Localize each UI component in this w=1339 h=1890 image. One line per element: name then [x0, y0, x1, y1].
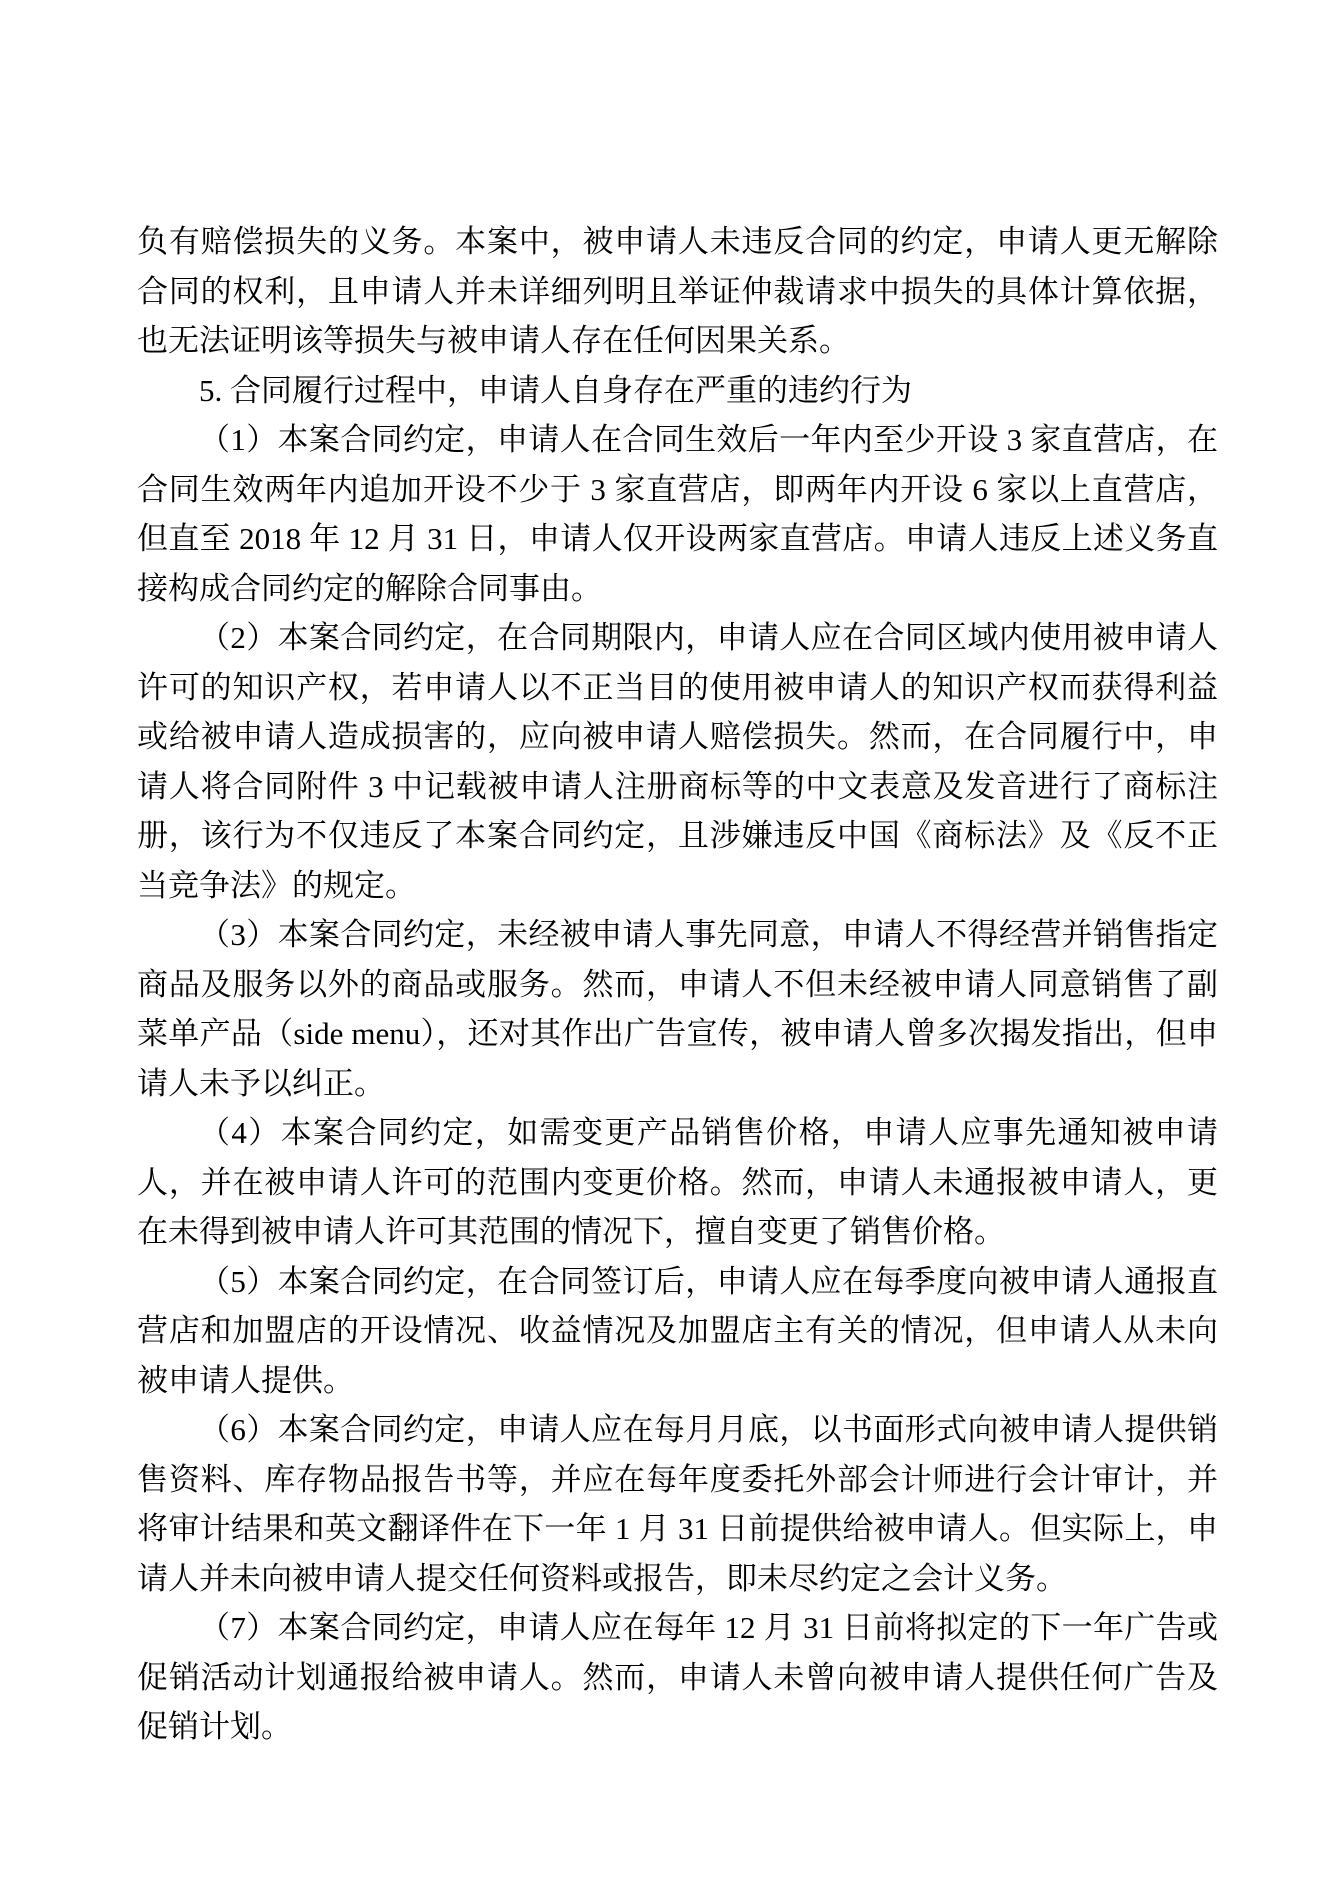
- paragraph-item-5: （5）本案合同约定，在合同签订后，申请人应在每季度向被申请人通报直营店和加盟店的…: [137, 1257, 1218, 1406]
- document-page: 负有赔偿损失的义务。本案中，被申请人未违反合同的约定，申请人更无解除合同的权利，…: [0, 0, 1339, 1890]
- paragraph-item-2: （2）本案合同约定，在合同期限内，申请人应在合同区域内使用被申请人许可的知识产权…: [137, 613, 1218, 910]
- document-body: 负有赔偿损失的义务。本案中，被申请人未违反合同的约定，申请人更无解除合同的权利，…: [137, 217, 1218, 1752]
- section-heading-5: 5. 合同履行过程中，申请人自身存在严重的违约行为: [137, 366, 1218, 416]
- paragraph-item-4: （4）本案合同约定，如需变更产品销售价格，申请人应事先通知被申请人，并在被申请人…: [137, 1108, 1218, 1257]
- paragraph-item-7: （7）本案合同约定，申请人应在每年 12 月 31 日前将拟定的下一年广告或促销…: [137, 1603, 1218, 1752]
- paragraph-item-3: （3）本案合同约定，未经被申请人事先同意，申请人不得经营并销售指定商品及服务以外…: [137, 910, 1218, 1108]
- paragraph-item-1: （1）本案合同约定，申请人在合同生效后一年内至少开设 3 家直营店，在合同生效两…: [137, 415, 1218, 613]
- paragraph-item-6: （6）本案合同约定，申请人应在每月月底，以书面形式向被申请人提供销售资料、库存物…: [137, 1405, 1218, 1603]
- paragraph-continuation: 负有赔偿损失的义务。本案中，被申请人未违反合同的约定，申请人更无解除合同的权利，…: [137, 217, 1218, 366]
